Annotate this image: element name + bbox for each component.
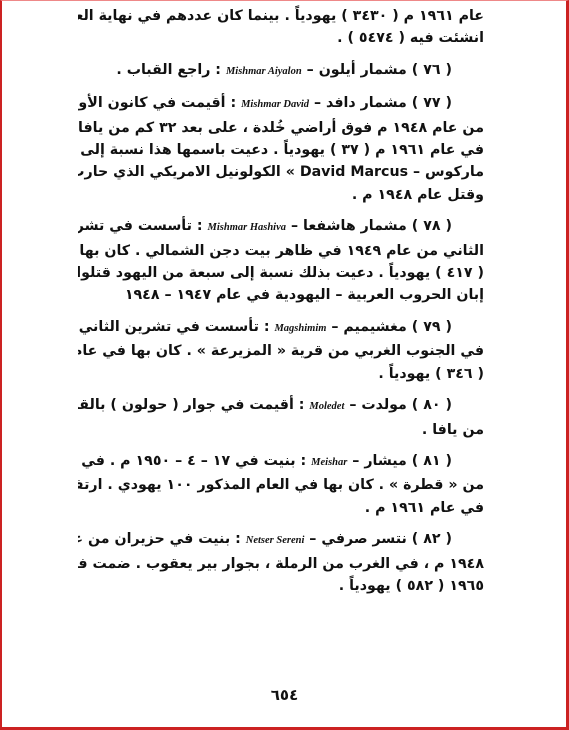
page-number: ٦٥٤ — [0, 686, 569, 704]
entry-heading: ( ٧٦ ) مشمار أيلون – Mishmar Aiyalon : ر… — [78, 59, 484, 83]
entry-text: : أقيمت في جوار ( حولون ) بالقرب — [78, 397, 304, 413]
entry-text: : بنيت في ١٧ – ٤ – ١٩٥٠ م . في الغرب — [78, 453, 306, 469]
text-line: إبان الحروب العربية – اليهودية في عام ١٩… — [78, 284, 484, 306]
text-line: في الجنوب الغربي من قرية « المزيرعة » . … — [78, 340, 484, 362]
entry-number: ( ٧٨ ) — [412, 218, 452, 234]
entry-number: ( ٧٦ ) — [412, 62, 452, 78]
entry-80: ( ٨٠ ) مولدت – Moledet : أقيمت في جوار (… — [78, 394, 484, 441]
entry-heading: ( ٨١ ) ميشار – Meishar : بنيت في ١٧ – ٤ … — [78, 450, 484, 474]
entry-name-ar: ميشار — [364, 453, 407, 469]
continuation-paragraph: عام ١٩٦١ م ( ٣٤٣٠ ) يهودياً . بينما كان … — [78, 5, 484, 50]
entry-heading: ( ٧٨ ) مشمار هاشفعا – Mishmar Hashiva : … — [78, 215, 484, 239]
entry-text: : راجع القباب . — [116, 62, 221, 78]
entry-heading: ( ٧٧ ) مشمار دافد – Mishmar David : أقيم… — [78, 92, 484, 116]
entry-text: : تأسست في تشرين الثاني من عام ١٩٤٩ — [78, 319, 270, 335]
entry-number: ( ٨١ ) — [412, 453, 452, 469]
entry-name-ar: مغشيميم — [343, 319, 406, 335]
text-line: من عام ١٩٤٨ م فوق أراضي خُلدة ، على بعد … — [78, 117, 484, 139]
text-line: عام ١٩٦١ م ( ٣٤٣٠ ) يهودياً . بينما كان … — [78, 5, 484, 27]
entry-heading: ( ٨٠ ) مولدت – Moledet : أقيمت في جوار (… — [78, 394, 484, 418]
entry-text: : بنيت في حزيران من عام — [78, 531, 241, 547]
entry-name-ar: مشمار أيلون — [319, 62, 407, 78]
text-line: ١٩٤٨ م ، في الغرب من الرملة ، بجوار بير … — [78, 553, 484, 575]
entry-name-ar: نتسر صرفي — [321, 531, 407, 547]
entry-82: ( ٨٢ ) نتسر صرفي – Netser Sereni : بنيت … — [78, 528, 484, 597]
entry-name-ar: مشمار هاشفعا — [303, 218, 407, 234]
entry-78: ( ٧٨ ) مشمار هاشفعا – Mishmar Hashiva : … — [78, 215, 484, 307]
text-line: ماركوس – David Marcus » الكولونيل الامري… — [78, 161, 484, 183]
text-line: في عام ١٩٦١ م . — [78, 497, 484, 519]
entry-heading: ( ٨٢ ) نتسر صرفي – Netser Sereni : بنيت … — [78, 528, 484, 552]
text-line: الثاني من عام ١٩٤٩ في ظاهر بيت دجن الشما… — [78, 240, 484, 262]
entry-number: ( ٨٠ ) — [412, 397, 452, 413]
entry-77: ( ٧٧ ) مشمار دافد – Mishmar David : أقيم… — [78, 92, 484, 206]
entry-number: ( ٧٩ ) — [412, 319, 452, 335]
entry-text: : أقيمت في كانون الأول — [78, 95, 236, 111]
entry-name-en: Moledet — [309, 401, 344, 412]
entry-76: ( ٧٦ ) مشمار أيلون – Mishmar Aiyalon : ر… — [78, 59, 484, 83]
entry-name-en: Mishmar Hashiva — [208, 222, 286, 233]
entry-number: ( ٧٧ ) — [412, 95, 452, 111]
text-line: في عام ١٩٦١ م ( ٣٧ ) يهودياً . دعيت باسم… — [78, 139, 484, 161]
entry-name-en: Mishmar David — [241, 99, 309, 110]
entry-number: ( ٨٢ ) — [412, 531, 452, 547]
entry-name-en: Netser Sereni — [246, 535, 305, 546]
entry-name-en: Mishmar Aiyalon — [226, 66, 302, 77]
entry-79: ( ٧٩ ) مغشيميم – Magshimim : تأسست في تش… — [78, 316, 484, 385]
text-line: وقتل عام ١٩٤٨ م . — [78, 184, 484, 206]
text-line: من « قطرة » . كان بها في العام المذكور ١… — [78, 474, 484, 496]
text-line: انشئت فيه ( ٥٤٧٤ ) . — [78, 27, 484, 49]
entry-81: ( ٨١ ) ميشار – Meishar : بنيت في ١٧ – ٤ … — [78, 450, 484, 519]
entry-name-en: Meishar — [311, 457, 347, 468]
document-page: عام ١٩٦١ م ( ٣٤٣٠ ) يهودياً . بينما كان … — [78, 2, 484, 606]
text-line: ( ٤١٧ ) يهودياً . دعيت بذلك نسبة إلى سبع… — [78, 262, 484, 284]
text-line: من يافا . — [78, 419, 484, 441]
entry-text: : تأسست في تشرين — [78, 218, 203, 234]
text-line: ١٩٦٥ ( ٥٨٢ ) يهودياً . — [78, 575, 484, 597]
entry-name-en: Magshimim — [274, 323, 326, 334]
entry-heading: ( ٧٩ ) مغشيميم – Magshimim : تأسست في تش… — [78, 316, 484, 340]
text-line: ( ٣٤٦ ) يهودياً . — [78, 363, 484, 385]
entry-name-ar: مشمار دافد — [326, 95, 407, 111]
entry-name-ar: مولدت — [361, 397, 406, 413]
